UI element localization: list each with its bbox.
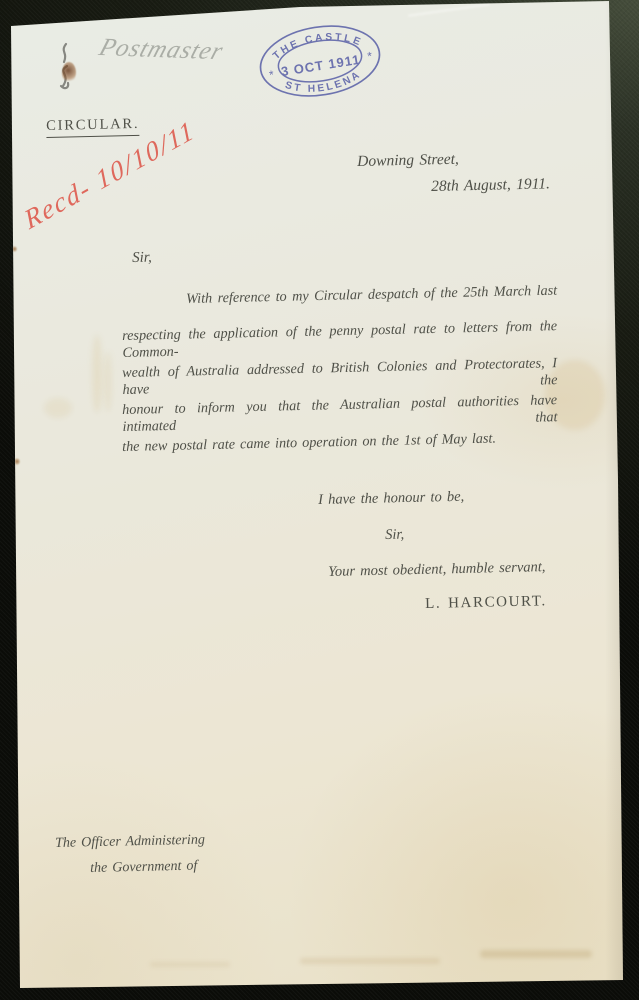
stain xyxy=(104,352,112,412)
date-line: 28th August, 1911. xyxy=(431,175,550,196)
closing-line: Sir, xyxy=(385,527,404,544)
stamp-star-icon: * xyxy=(366,49,373,64)
closing-line: Your most obedient, humble servant, xyxy=(328,559,546,581)
bottom-smudge xyxy=(480,950,592,958)
signature: L. HARCOURT. xyxy=(425,593,547,613)
document-paper: Postmaster THE CASTLE ST HELENA 3 OCT 19… xyxy=(0,0,639,1000)
stamp-star-icon: * xyxy=(268,67,275,82)
stain xyxy=(44,398,72,418)
stain xyxy=(92,335,102,413)
closing-line: I have the honour to be, xyxy=(318,489,464,509)
castle-stamp: THE CASTLE ST HELENA 3 OCT 1911 * * xyxy=(240,2,399,120)
addressee-line: the Government of xyxy=(90,859,198,877)
photo-of-document: Postmaster THE CASTLE ST HELENA 3 OCT 19… xyxy=(0,0,639,1000)
bottom-smudge xyxy=(150,962,230,967)
body-line: respecting the application of the penny … xyxy=(122,318,558,362)
pencil-annotation: Postmaster xyxy=(95,34,226,66)
paper-crease xyxy=(408,3,489,16)
circular-heading: CIRCULAR. xyxy=(46,116,140,138)
rust-mark xyxy=(62,62,76,83)
body-line: honour to inform you that the Australian… xyxy=(122,392,558,436)
place-line: Downing Street, xyxy=(357,151,459,171)
body-line: wealth of Australia addressed to British… xyxy=(122,355,558,399)
bottom-smudge xyxy=(300,958,440,964)
salutation: Sir, xyxy=(132,250,152,267)
body-line: With reference to my Circular despatch o… xyxy=(186,283,557,308)
addressee-line: The Officer Administering xyxy=(55,833,205,852)
